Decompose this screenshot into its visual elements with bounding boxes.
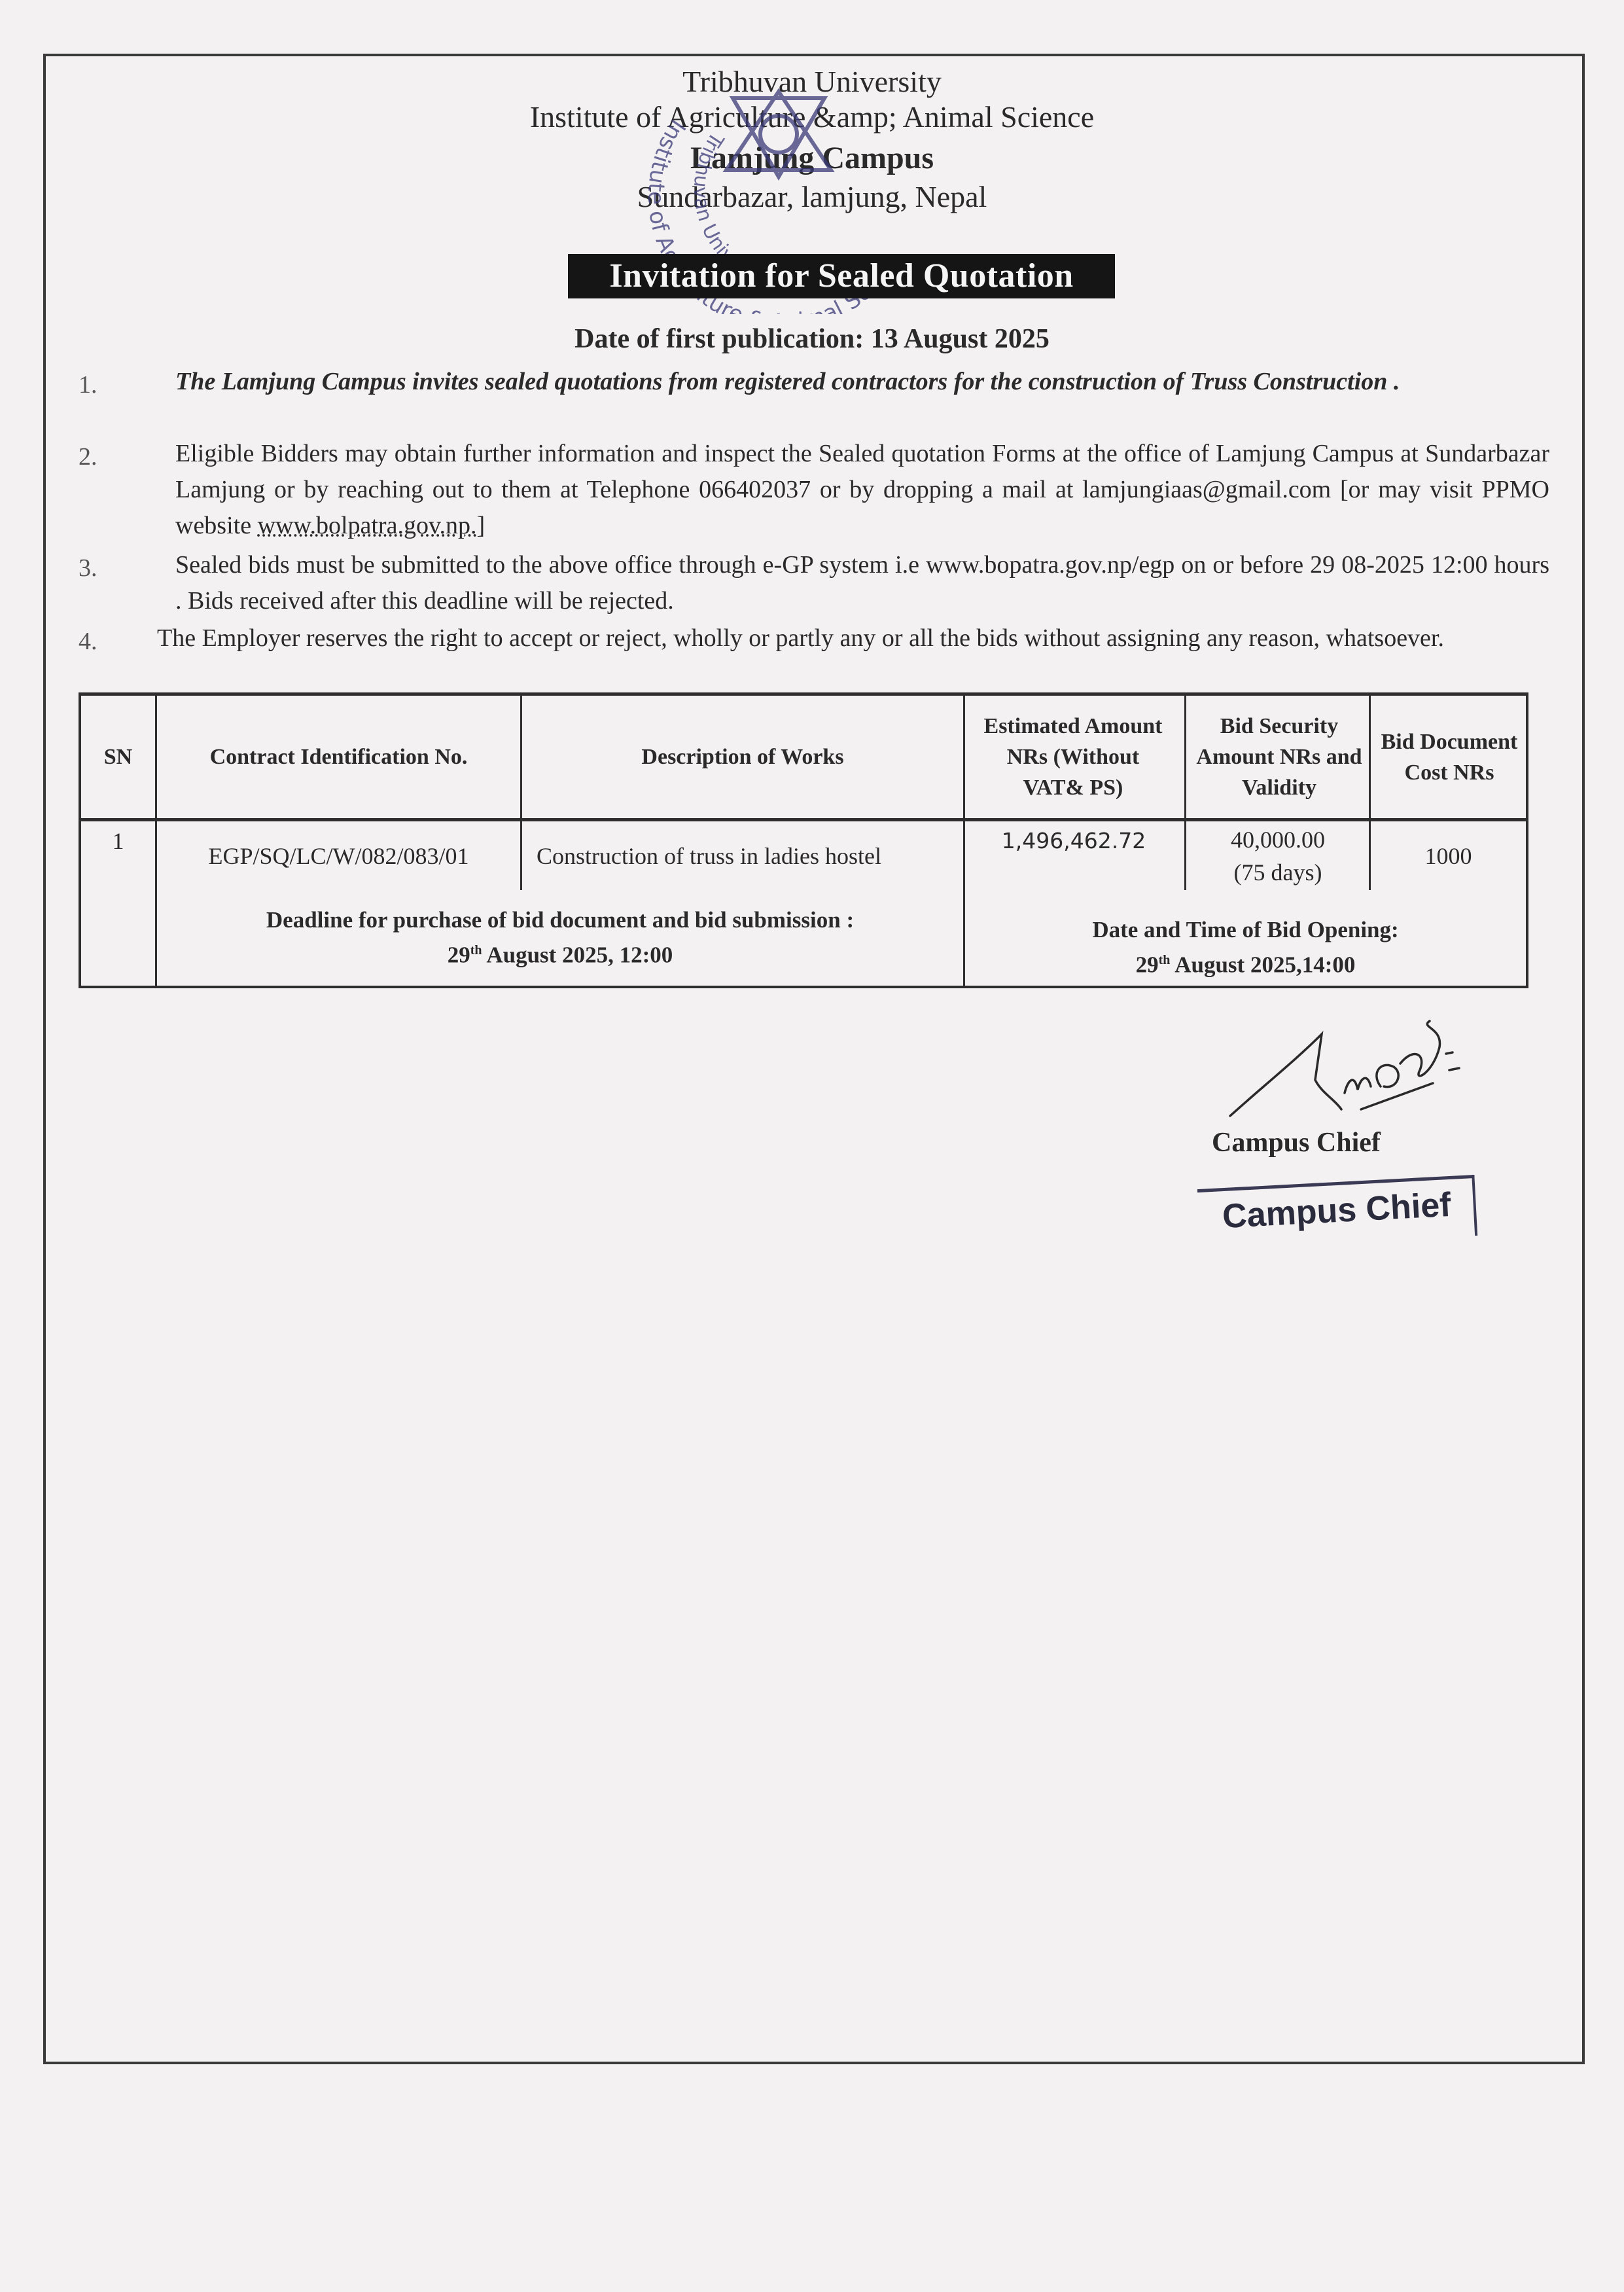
opening-label: Date and Time of Bid Opening: — [1092, 914, 1398, 945]
header-bid-doc-cost: Bid Document Cost NRs — [1377, 696, 1521, 818]
cell-estimated-amount: 1,496,462.72 — [968, 821, 1179, 861]
item-text-submission: Sealed bids must be submitted to the abo… — [175, 547, 1549, 619]
campus-name: Lamjung Campus — [0, 140, 1624, 176]
item-number: 3. — [79, 554, 97, 582]
bid-table: SN Contract Identification No. Descripti… — [79, 692, 1528, 988]
cell-bid-doc-cost: 1000 — [1371, 823, 1526, 889]
item-number: 2. — [79, 442, 97, 471]
item-number: 1. — [79, 370, 97, 399]
opening-value: 29th August 2025,14:00 — [1136, 945, 1356, 980]
bid-security-validity: (75 days) — [1234, 856, 1322, 889]
institute-name: Institute of Agriculture &amp; Animal Sc… — [0, 99, 1624, 134]
deadline-label: Deadline for purchase of bid document an… — [266, 904, 854, 935]
bid-security-amount: 40,000.00 — [1231, 823, 1325, 856]
item-number: 4. — [79, 627, 97, 656]
item-text-info-close: ] — [476, 512, 485, 539]
signature-icon — [1224, 1008, 1472, 1132]
bid-opening: Date and Time of Bid Opening: 29th Augus… — [965, 908, 1526, 986]
deadline-value: 29th August 2025, 12:00 — [448, 935, 673, 971]
item-text-rights: The Employer reserves the right to accep… — [157, 620, 1549, 656]
header-description: Description of Works — [522, 696, 963, 818]
notice-title: Invitation for Sealed Quotation — [568, 254, 1115, 298]
header-sn: SN — [81, 696, 155, 818]
publication-date: Date of first publication: 13 August 202… — [0, 323, 1624, 355]
cell-description: Construction of truss in ladies hostel — [537, 823, 955, 889]
signatory-title: Campus Chief — [1212, 1127, 1381, 1158]
campus-address: Sundarbazar, lamjung, Nepal — [0, 179, 1624, 214]
submission-deadline: Deadline for purchase of bid document an… — [157, 889, 963, 986]
cell-contract-id: EGP/SQ/LC/W/082/083/01 — [157, 823, 520, 889]
header-bid-security: Bid Security Amount NRs and Validity — [1191, 696, 1368, 818]
cell-bid-security: 40,000.00 (75 days) — [1186, 823, 1369, 889]
item-text-info: Eligible Bidders may obtain further info… — [175, 436, 1549, 544]
header-estimated-amount: Estimated Amount NRs (Without VAT& PS) — [975, 696, 1171, 818]
cell-sn: 1 — [81, 821, 155, 861]
header-contract-id: Contract Identification No. — [157, 696, 520, 818]
university-name: Tribhuvan University — [0, 64, 1624, 99]
ppmo-website-link[interactable]: www.bolpatra.gov.np. — [258, 512, 477, 539]
item-text-invitation: The Lamjung Campus invites sealed quotat… — [175, 364, 1549, 400]
